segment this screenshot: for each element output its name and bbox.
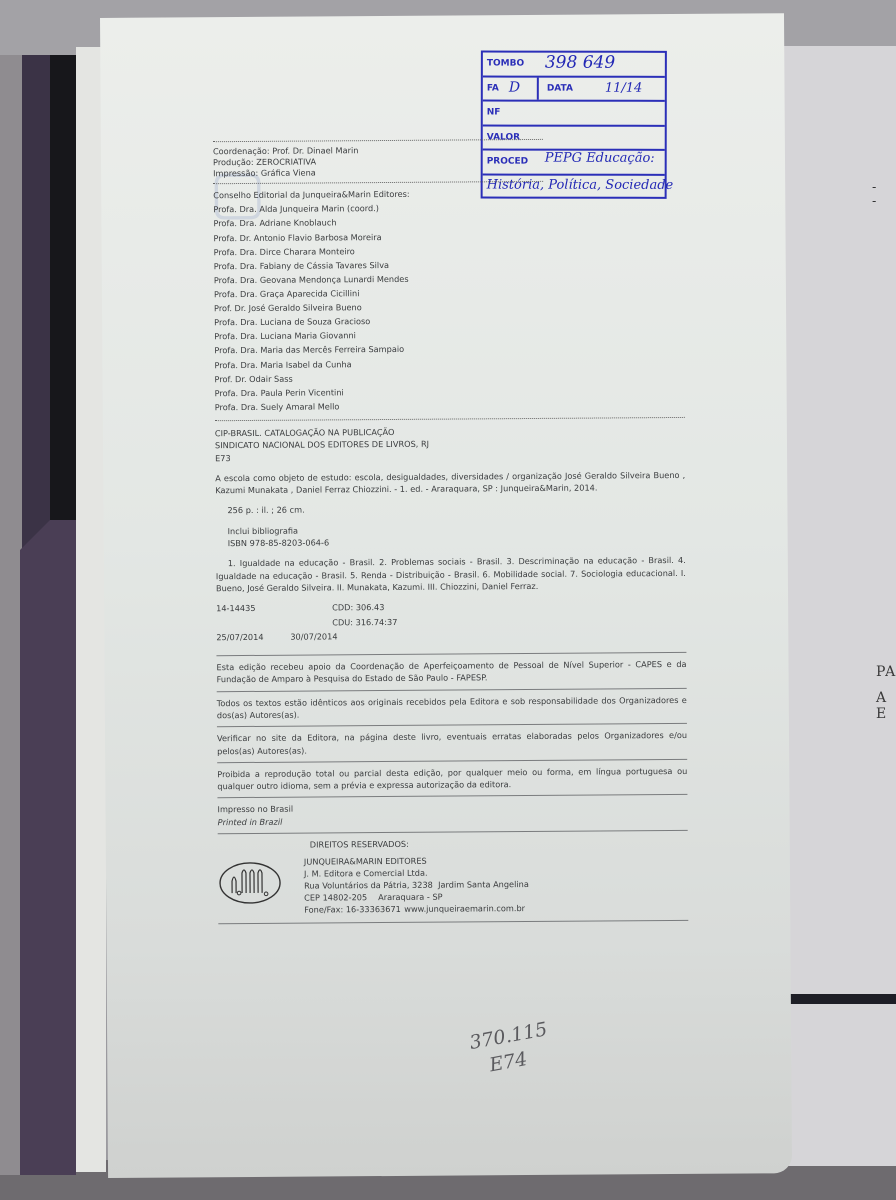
credits-block: Coordenação: Prof. Dr. Dinael Marin Prod… — [213, 143, 683, 179]
divider — [217, 723, 687, 727]
facing-page-text-2: A E — [876, 690, 896, 722]
notice-reproduction: Proibida a reprodução total ou parcial d… — [217, 765, 687, 793]
cip-numbers: 14-14435 CDD: 306.43 CDU: 316.74:37 25/0… — [216, 599, 686, 643]
board-members-list: Profa. Dra. Alda Junqueira Marin (coord.… — [213, 199, 684, 414]
cip-subjects: 1. Igualdade na educação - Brasil. 2. Pr… — [216, 554, 686, 594]
publisher-website[interactable]: www.junqueiraemarin.com.br — [404, 903, 525, 916]
divider — [217, 759, 687, 763]
notice-responsibility: Todos os textos estão idênticos aos orig… — [217, 694, 687, 722]
notice-errata: Verificar no site da Editora, na página … — [217, 729, 687, 757]
call-number-line-2: E74 — [488, 1048, 529, 1077]
publisher-details: JUNQUEIRA&MARIN EDITORES J. M. Editora e… — [304, 855, 529, 916]
divider — [215, 417, 685, 421]
credit-printing: Impressão: Gráfica Viena — [213, 165, 683, 179]
cip-control-number: 14-14435 — [216, 602, 290, 615]
stamp-nf-row: NF — [483, 102, 665, 127]
stamp-fa-value: D — [509, 79, 520, 95]
board-member: Profa. Dra. Suely Amaral Mello — [215, 397, 685, 414]
divider — [218, 830, 688, 834]
cip-date-2: 30/07/2014 — [290, 628, 686, 643]
facing-page-rule — [784, 994, 896, 1004]
facing-page-dashes: - - — [872, 180, 896, 208]
divider — [217, 794, 687, 798]
cip-block: CIP-BRASIL. CATALOGAÇÃO NA PUBLICAÇÃO SI… — [215, 424, 686, 643]
stamp-nf-label: NF — [487, 108, 501, 118]
divider — [216, 652, 686, 656]
cip-date-1: 25/07/2014 — [216, 630, 290, 643]
cip-cdu: CDU: 316.74:37 — [332, 613, 686, 628]
divider — [218, 920, 688, 924]
divider — [213, 139, 543, 142]
facing-page-text-1: PA — [876, 664, 896, 680]
rights-reserved: DIREITOS RESERVADOS: — [218, 836, 688, 852]
colophon-page: ▢ TOMBO 398 649 FA D DATA 11/14 NF VALOR… — [100, 13, 792, 1178]
stamp-data-label: DATA — [547, 83, 573, 93]
publisher-district: Jardim Santa Angelina — [438, 879, 529, 892]
cover-black-band — [50, 55, 78, 525]
stamp-tombo-label: TOMBO — [487, 59, 524, 69]
cover-edge — [0, 55, 22, 1175]
publisher-address: Rua Voluntários da Pátria, 3238 — [304, 880, 433, 893]
publisher-phone: Fone/Fax: 16-33363671 — [304, 904, 404, 917]
publisher-cep: CEP 14802-205 — [304, 892, 378, 904]
stamp-fa-label: FA — [487, 83, 499, 93]
stamp-fa-row: FA D DATA 11/14 — [483, 77, 665, 102]
divider — [213, 181, 543, 184]
publisher-block: JUNQUEIRA&MARIN EDITORES J. M. Editora e… — [218, 854, 688, 917]
colophon-content: Coordenação: Prof. Dr. Dinael Marin Prod… — [213, 134, 689, 929]
jm-logo-icon — [218, 861, 282, 905]
cover-purple-band — [20, 520, 76, 1175]
editorial-board: Conselho Editorial da Junqueira&Marin Ed… — [213, 185, 685, 414]
call-number-line-1: 370.115 — [468, 1018, 549, 1054]
stamp-data-value: 11/14 — [605, 80, 642, 95]
divider — [217, 688, 687, 692]
notice-funding: Esta edição recebeu apoio da Coordenação… — [216, 658, 686, 686]
publisher-city: Araraquara - SP — [378, 892, 443, 904]
stamp-tombo-row: TOMBO 398 649 — [483, 53, 665, 78]
stamp-tombo-value: 398 649 — [545, 53, 615, 73]
cip-cdd: CDD: 306.43 — [332, 599, 686, 614]
cip-entry: A escola como objeto de estudo: escola, … — [215, 469, 685, 497]
